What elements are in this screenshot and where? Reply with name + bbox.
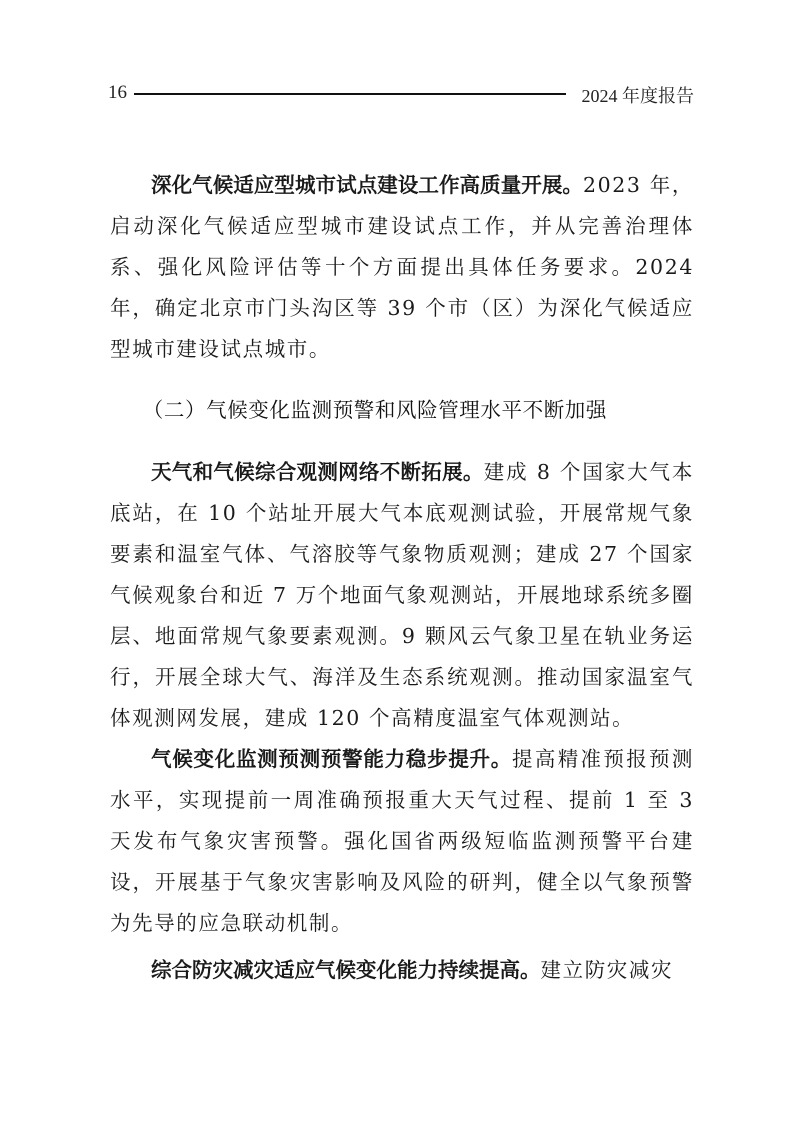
header-rule [134, 93, 566, 95]
paragraph-body: 建成 8 个国家大气本底站，在 10 个站址开展大气本底观测试验，开展常规气象要… [110, 460, 694, 730]
paragraph-lead: 气候变化监测预测预警能力稳步提升。 [151, 747, 512, 771]
paragraph-disaster-reduction: 综合防灾减灾适应气候变化能力持续提高。建立防灾减灾 [110, 950, 694, 991]
paragraph-body: 提高精准预报预测水平，实现提前一周准确预报重大天气过程、提前 1 至 3 天发布… [110, 747, 694, 935]
report-title: 2024 年度报告 [582, 82, 695, 108]
paragraph-lead: 综合防灾减灾适应气候变化能力持续提高。 [151, 958, 541, 982]
page-header: 16 2024 年度报告 [108, 80, 694, 108]
paragraph-monitoring-warning: 气候变化监测预测预警能力稳步提升。提高精准预报预测水平，实现提前一周准确预报重大… [110, 739, 694, 944]
paragraph-lead: 天气和气候综合观测网络不断拓展。 [151, 460, 484, 484]
paragraph-body: 2023 年，启动深化气候适应型城市建设试点工作，并从完善治理体系、强化风险评估… [110, 173, 694, 361]
page-number: 16 [108, 82, 127, 104]
paragraph-observation-network: 天气和气候综合观测网络不断拓展。建成 8 个国家大气本底站，在 10 个站址开展… [110, 452, 694, 739]
paragraph-lead: 深化气候适应型城市试点建设工作高质量开展。 [151, 173, 583, 197]
paragraph-body: 建立防灾减灾 [541, 958, 674, 982]
document-body: 深化气候适应型城市试点建设工作高质量开展。2023 年，启动深化气候适应型城市建… [110, 165, 694, 991]
section-heading: （二）气候变化监测预警和风险管理水平不断加强 [110, 390, 694, 431]
paragraph-climate-adaptive-cities: 深化气候适应型城市试点建设工作高质量开展。2023 年，启动深化气候适应型城市建… [110, 165, 694, 370]
